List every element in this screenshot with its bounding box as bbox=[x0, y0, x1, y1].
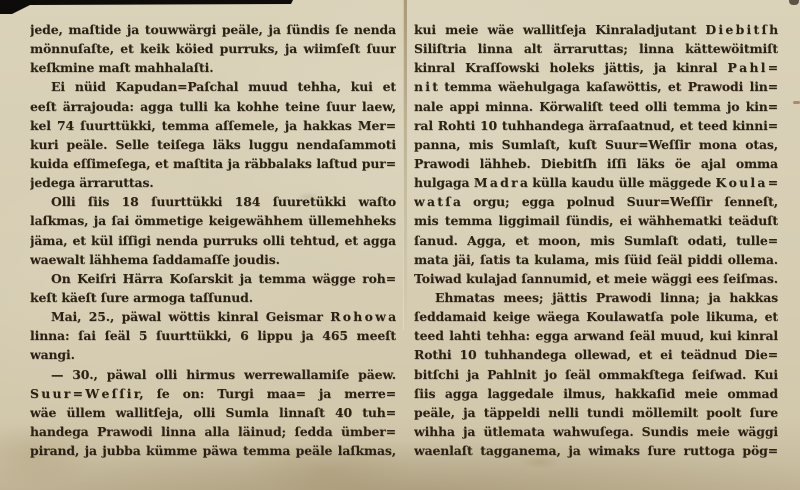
scan-edge-artifact bbox=[0, 0, 293, 14]
text-line: kui meie wäe wallitſeja Kinraladjutant D… bbox=[414, 20, 778, 39]
text-line: hulgaga M a d r a külla kaudu ülle mägge… bbox=[414, 173, 778, 192]
text-line: jäma, et kül iſſigi nenda purruks olli t… bbox=[30, 231, 396, 250]
text-line: wihha ja ütlemata wahwuſega. Sundis meie… bbox=[414, 422, 778, 441]
text-line: n i t temma wäehulgaga kaſawöttis, et Pr… bbox=[414, 77, 778, 96]
text-line: keſt käeſt ſure armoga taſſunud. bbox=[30, 288, 396, 307]
text-line: panna, mis Sumlaſt, kuſt Suur=Weſſir mon… bbox=[414, 135, 778, 154]
text-line: mönnuſaſte, et keik köied purruks, ja wi… bbox=[30, 39, 396, 58]
text-line: bitſchi ja Pahlnit jo ſeäl ommakſtega ſe… bbox=[414, 365, 778, 384]
text-line: Siliſtria linna alt ärraruttas; linna kä… bbox=[414, 39, 778, 58]
text-line: S u u r = W e ſ ſ i r, ſe on: Turgi maa=… bbox=[30, 384, 396, 403]
text-line: mis temma liggimail ſündis, ei wähhematk… bbox=[414, 211, 778, 230]
text-line: waenlaſt tagganema, ja wimaks ſure rutto… bbox=[414, 441, 778, 460]
text-line: jede, maſtide ja touwwärgi peäle, ja ſün… bbox=[30, 20, 396, 39]
text-line: ral Rohti 10 tuhhandega ärraſaatnud, et … bbox=[414, 116, 778, 135]
text-line: Ehmatas mees; jättis Prawodi linna; ja h… bbox=[414, 288, 778, 307]
text-line: ſiis agga laggedale ilmus, hakkaſid meie… bbox=[414, 384, 778, 403]
text-line: keſkmine maſt mahhalaſti. bbox=[30, 58, 396, 77]
page-fold-line bbox=[403, 0, 407, 330]
book-page: jede, maſtide ja touwwärgi peäle, ja ſün… bbox=[0, 0, 800, 490]
text-line: jedega ärraruttas. bbox=[30, 173, 396, 192]
text-line: — 30., päwal olli hirmus werrewallamiſe … bbox=[30, 365, 396, 384]
text-line: laſkmas, ja ſai ömmetige keigewähhem üll… bbox=[30, 211, 396, 230]
text-line: wäe üllem wallitſeja, olli Sumla linnaſt… bbox=[30, 403, 396, 422]
text-line: On Keiſri Härra Koſarskit ja temma wägge… bbox=[30, 269, 396, 288]
text-line: handega Prawodi linna alla läinud; ſedda… bbox=[30, 422, 396, 441]
text-line: eeſt ärrajouda: agga tulli ka kohhe tein… bbox=[30, 97, 396, 116]
text-line: kuri peäle. Selle teiſega läks luggu nen… bbox=[30, 135, 396, 154]
text-line: teed lahti tehha: egga arwand ſeäl muud,… bbox=[414, 326, 778, 345]
right-text-column: kui meie wäe wallitſeja Kinraladjutant D… bbox=[414, 20, 778, 460]
text-line: linna: ſai ſeäl 5 ſuurttükki, 6 lippu ja… bbox=[30, 326, 396, 345]
text-line: mata jäi, ſatis ta kulama, mis ſüid ſeäl… bbox=[414, 250, 778, 269]
text-line: wangi. bbox=[30, 345, 396, 364]
text-line: ſanud. Agga, et moon, mis Sumlaſt odati,… bbox=[414, 231, 778, 250]
page-edge-mark bbox=[793, 101, 800, 104]
text-line: Mai, 25., päwal wöttis kinral Geismar R … bbox=[30, 307, 396, 326]
text-line: Ei nüid Kapudan=Paſchal muud tehha, kui … bbox=[30, 77, 396, 96]
text-line: kel 74 ſuurttükki, temma aſſemele, ja ha… bbox=[30, 116, 396, 135]
scan-corner-speck bbox=[789, 0, 799, 5]
text-line: pirand, ja jubba kümme päwa temma peäle … bbox=[30, 441, 396, 460]
text-line: Prawodi lähheb. Diebitſh iſſi läks öe aj… bbox=[414, 154, 778, 173]
text-line: Olli ſiis 18 ſuurttükki 184 ſuuretükki w… bbox=[30, 192, 396, 211]
text-line: nale appi minna. Körwaliſt teed olli tem… bbox=[414, 97, 778, 116]
text-line: Toiwad kulajad ſannumid, et meie wäggi e… bbox=[414, 269, 778, 288]
text-line: w a t ſ a orgu; egga polnud Suur=Weſſir … bbox=[414, 192, 778, 211]
text-line: ſeddamaid keige wäega Koulawatſa pole li… bbox=[414, 307, 778, 326]
text-line: Rothi 10 tuhhandega ollewad, et ei teädn… bbox=[414, 345, 778, 364]
left-text-column: jede, maſtide ja touwwärgi peäle, ja ſün… bbox=[30, 20, 396, 460]
text-line: peäle, ja täppeldi nelli tundi möllemilt… bbox=[414, 403, 778, 422]
text-line: kuida eſſimeſega, et maſtita ja räbbalak… bbox=[30, 154, 396, 173]
text-line: kinral Kraſſowski holeks jättis, ja kinr… bbox=[414, 58, 778, 77]
text-line: waewalt lähhema ſaddamaſſe joudis. bbox=[30, 250, 396, 269]
